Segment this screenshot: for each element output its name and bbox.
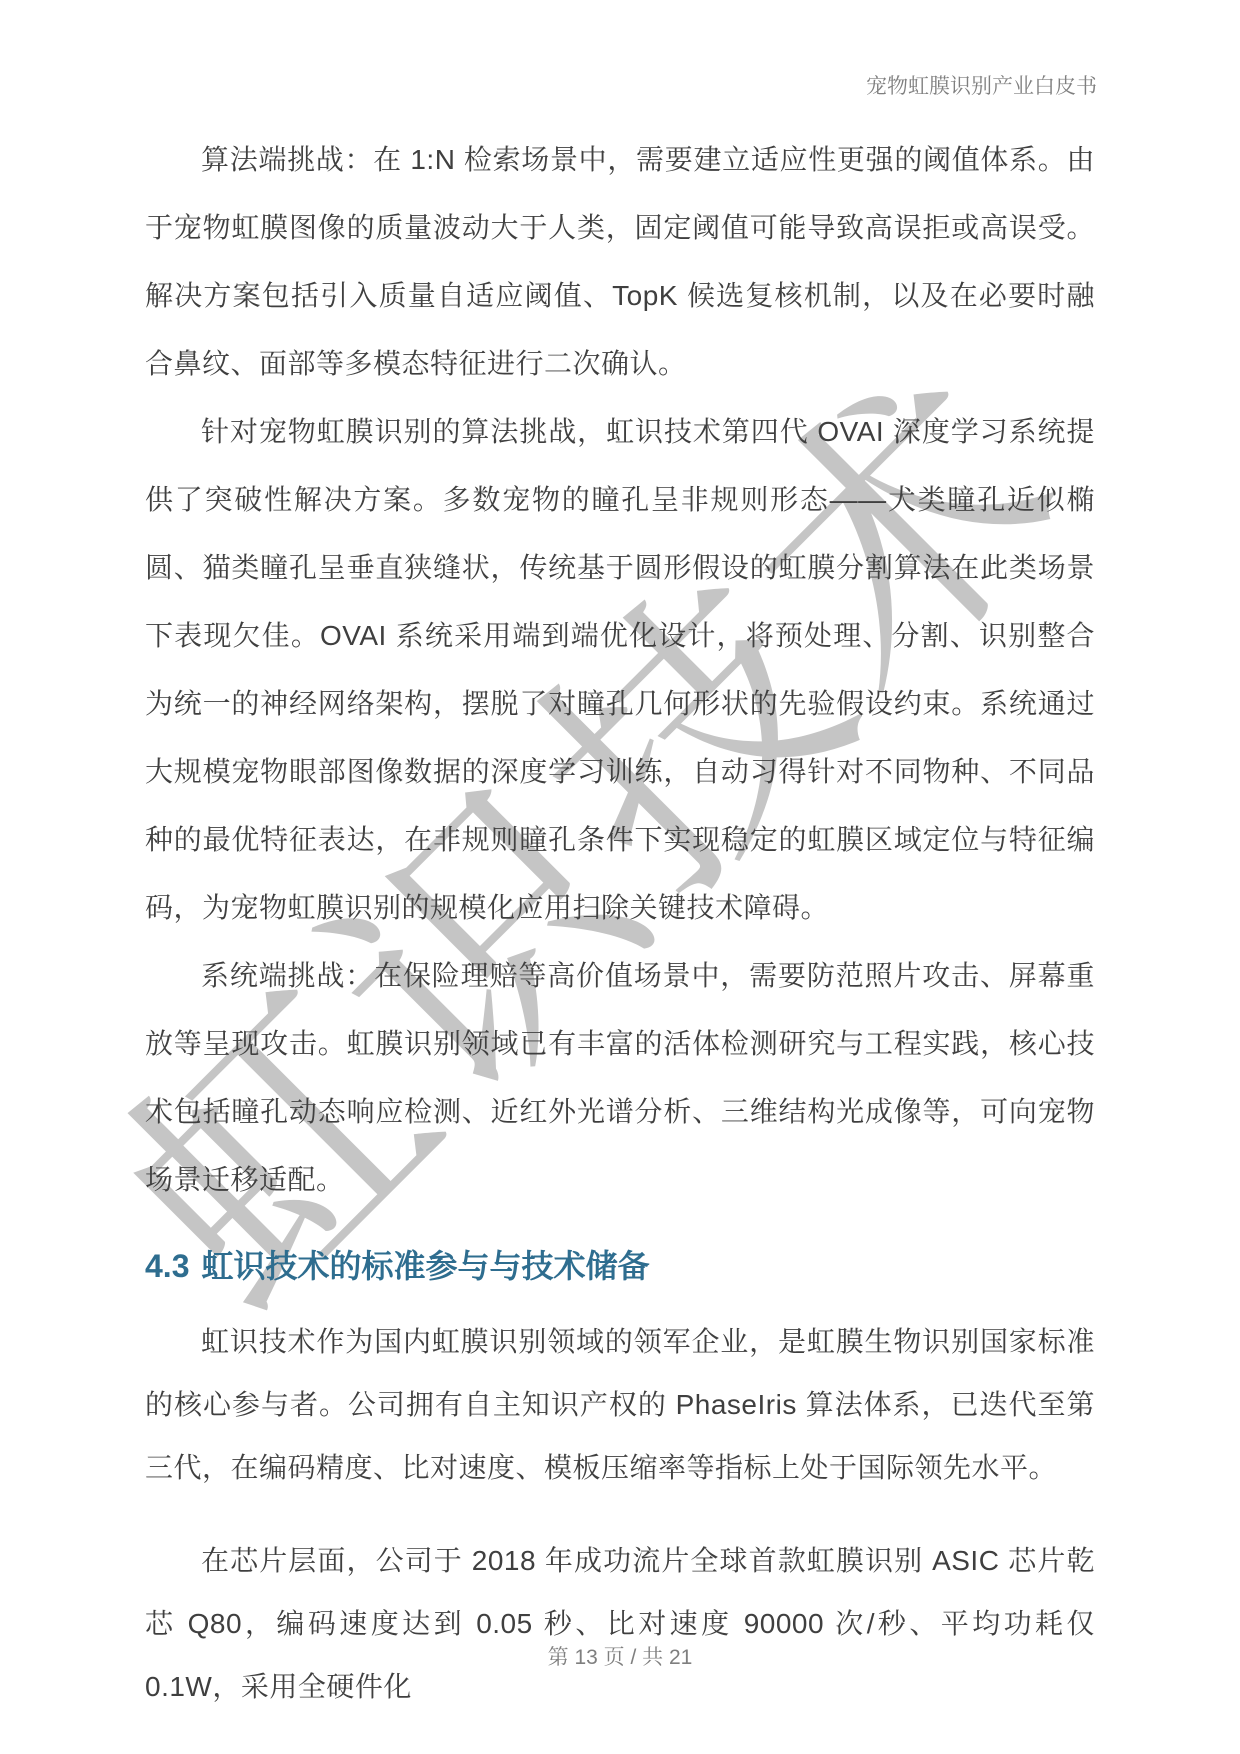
header-title: 宠物虹膜识别产业白皮书	[866, 75, 1097, 98]
section-heading: 4.3虹识技术的标准参与与技术储备	[145, 1238, 1095, 1294]
page-header: 宠物虹膜识别产业白皮书	[145, 74, 1097, 100]
page-footer: 第 13 页 / 共 21	[0, 1638, 1240, 1678]
paragraph-chip-layer: 在芯片层面，公司于 2018 年成功流片全球首款虹膜识别 ASIC 芯片乾芯 Q…	[145, 1529, 1095, 1718]
paragraph-standards-participation: 虹识技术作为国内虹膜识别领域的领军企业，是虹膜生物识别国家标准的核心参与者。公司…	[145, 1310, 1095, 1499]
section-number: 4.3	[145, 1248, 189, 1284]
paragraph-system-challenge: 系统端挑战：在保险理赔等高价值场景中，需要防范照片攻击、屏幕重放等呈现攻击。虹膜…	[145, 942, 1095, 1214]
page-number: 第 13 页 / 共 21	[548, 1646, 693, 1669]
paragraph-algorithm-challenge: 算法端挑战：在 1:N 检索场景中，需要建立适应性更强的阈值体系。由于宠物虹膜图…	[145, 126, 1095, 398]
document-page: 虹识技术 宠物虹膜识别产业白皮书 算法端挑战：在 1:N 检索场景中，需要建立适…	[0, 0, 1240, 1754]
paragraph-ovai-solution: 针对宠物虹膜识别的算法挑战，虹识技术第四代 OVAI 深度学习系统提供了突破性解…	[145, 398, 1095, 942]
document-content: 算法端挑战：在 1:N 检索场景中，需要建立适应性更强的阈值体系。由于宠物虹膜图…	[145, 126, 1095, 1718]
section-title: 虹识技术的标准参与与技术储备	[201, 1248, 649, 1284]
